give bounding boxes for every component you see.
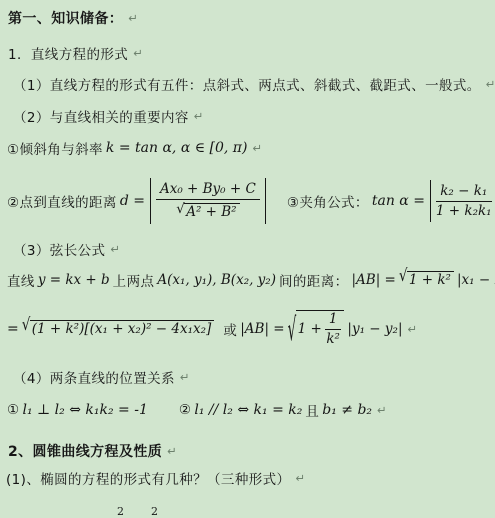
item-two-lines-relation-text: （4）两条直线的位置关系 — [13, 367, 175, 387]
chord2-y-diff: |y₁ − y₂| — [347, 321, 402, 337]
paragraph-mark: ↵ — [180, 370, 190, 384]
chord2-or-text: 或 — [223, 319, 237, 339]
chord-x-diff: |x₁ − x₂| — [457, 272, 495, 288]
paragraph-mark: ↵ — [133, 46, 143, 60]
radical-body: 1 + k² — [407, 271, 454, 290]
distance-numerator: Ax₀ + By₀ + C — [156, 181, 260, 200]
radical: √ 1 + k² — [399, 271, 454, 290]
chord-zh-points: 上两点 — [113, 270, 155, 290]
radical-sign-icon: √ — [288, 317, 297, 349]
heading-knowledge-text: 第一、知识储备： — [8, 8, 123, 28]
paragraph-mark: ↵ — [295, 471, 305, 485]
item-chord-length-formula: （3）弦长公式 ↵ — [13, 239, 120, 259]
angle-fraction: k₂ − k₁ 1 + k₂k₁ — [436, 183, 492, 220]
chord-zh-line: 直线 — [7, 270, 35, 290]
paragraph-mark: ↵ — [110, 242, 120, 256]
section-line-equation-forms: 1．直线方程的形式 ↵ — [8, 43, 143, 63]
formula-perpendicular-parallel: ① l₁ ⊥ l₂ ⇔ k₁k₂ = -1 ② l₁ // l₂ ⇔ k₁ = … — [7, 396, 387, 424]
radical-with-fraction: √ 1 + 1 k² — [288, 310, 345, 348]
distance-denominator: √ A² + B² — [156, 200, 260, 222]
cutoff-superscript: 2 — [117, 505, 124, 518]
item-five-forms-text: （1）直线方程的形式有五件：点斜式、两点式、斜截式、截距式、一般式。 — [13, 74, 481, 94]
inner-fraction-denominator: k² — [325, 330, 342, 348]
chord-zh-distance: 间的距离： — [279, 270, 349, 290]
formula-angle-lhs: tan α = — [372, 193, 425, 209]
radical-sign-icon: √ — [176, 203, 185, 217]
formula-distance-label: ②点到直线的距离 — [7, 191, 117, 211]
item-five-forms: （1）直线方程的形式有五件：点斜式、两点式、斜截式、截距式、一般式。 ↵ — [13, 74, 495, 94]
document-page: { "page": { "bg_color": "#d1e5ce", "text… — [0, 0, 495, 518]
item-ellipse-forms: (1)、椭圆的方程的形式有几种？（三种形式） ↵ — [6, 468, 305, 488]
chord-points: A(x₁, y₁), B(x₂, y₂) — [157, 272, 276, 288]
perpendicular-condition: l₁ ⊥ l₂ ⇔ k₁k₂ = -1 — [23, 402, 148, 418]
item-important-content: （2）与直线相关的重要内容 ↵ — [13, 106, 203, 126]
paragraph-mark: ↵ — [408, 322, 418, 336]
radical-body: A² + B² — [184, 203, 239, 222]
item-ellipse-forms-text: (1)、椭圆的方程的形式有几种？（三种形式） — [6, 468, 290, 488]
formula-slope-angle-math: k = tan α, α ∈ [0, π) — [106, 140, 248, 156]
inner-fraction-numerator: 1 — [325, 311, 342, 330]
section-line-equation-forms-text: 1．直线方程的形式 — [8, 43, 128, 63]
radical-sign-icon: √ — [22, 317, 31, 334]
heading-knowledge: 第一、知识储备： ↵ — [8, 8, 138, 28]
distance-fraction: Ax₀ + By₀ + C √ A² + B² — [156, 181, 260, 221]
heading-conic-sections: 2、圆锥曲线方程及性质 ↵ — [8, 441, 177, 461]
intercept-condition: b₁ ≠ b₂ — [322, 402, 372, 418]
radical-prefix: 1 + — [298, 321, 322, 339]
item-chord-length-text: （3）弦长公式 — [13, 239, 105, 259]
circled-one: ① — [7, 402, 20, 418]
abs-value-bars: k₂ − k₁ 1 + k₂k₁ — [430, 180, 495, 223]
formula-chord-line-2: = √ (1 + k²)[(x₁ + x₂)² − 4x₁x₂] 或 |AB| … — [7, 303, 417, 355]
radical-sign-icon: √ — [399, 268, 408, 285]
and-text: 且 — [305, 400, 319, 420]
paragraph-mark: ↵ — [486, 77, 495, 91]
radical: √ (1 + k²)[(x₁ + x₂)² − 4x₁x₂] — [22, 320, 215, 339]
angle-denominator: 1 + k₂k₁ — [436, 202, 492, 220]
item-two-lines-relation: （4）两条直线的位置关系 ↵ — [13, 367, 190, 387]
abs-value-bars: Ax₀ + By₀ + C √ A² + B² — [150, 178, 266, 224]
formula-angle-label: ③夹角公式： — [287, 191, 369, 211]
chord-ab-lhs: |AB| = — [352, 272, 396, 288]
chord-line-equation: y = kx + b — [38, 272, 110, 288]
circled-two: ② — [179, 402, 192, 418]
chord2-ab-lhs: |AB| = — [240, 321, 284, 337]
parallel-condition: l₁ // l₂ ⇔ k₁ = k₂ — [194, 402, 302, 418]
cutoff-superscript: 2 — [151, 505, 158, 518]
paragraph-mark: ↵ — [252, 141, 262, 155]
formula-distance-lhs: d = — [120, 193, 145, 209]
angle-numerator: k₂ − k₁ — [436, 183, 492, 202]
item-important-content-text: （2）与直线相关的重要内容 — [13, 106, 189, 126]
formula-chord-line-1: 直线 y = kx + b 上两点 A(x₁, y₁), B(x₂, y₂) 间… — [7, 262, 495, 298]
formula-slope-angle-label: ①倾斜角与斜率 — [7, 138, 103, 158]
chord2-equals: = — [7, 321, 19, 337]
paragraph-mark: ↵ — [377, 403, 387, 417]
paragraph-mark: ↵ — [167, 444, 177, 458]
paragraph-mark: ↵ — [194, 109, 204, 123]
heading-conic-sections-text: 2、圆锥曲线方程及性质 — [8, 441, 162, 461]
radical-body: (1 + k²)[(x₁ + x₂)² − 4x₁x₂] — [30, 320, 215, 339]
radical: √ A² + B² — [176, 203, 239, 222]
formula-slope-angle: ①倾斜角与斜率 k = tan α, α ∈ [0, π) ↵ — [7, 138, 262, 158]
paragraph-mark: ↵ — [128, 11, 138, 25]
formula-distance-and-angle: ②点到直线的距离 d = Ax₀ + By₀ + C √ A² + B² ③夹角… — [7, 167, 495, 235]
radical-body: 1 + 1 k² — [296, 310, 345, 348]
inner-fraction: 1 k² — [325, 311, 342, 348]
